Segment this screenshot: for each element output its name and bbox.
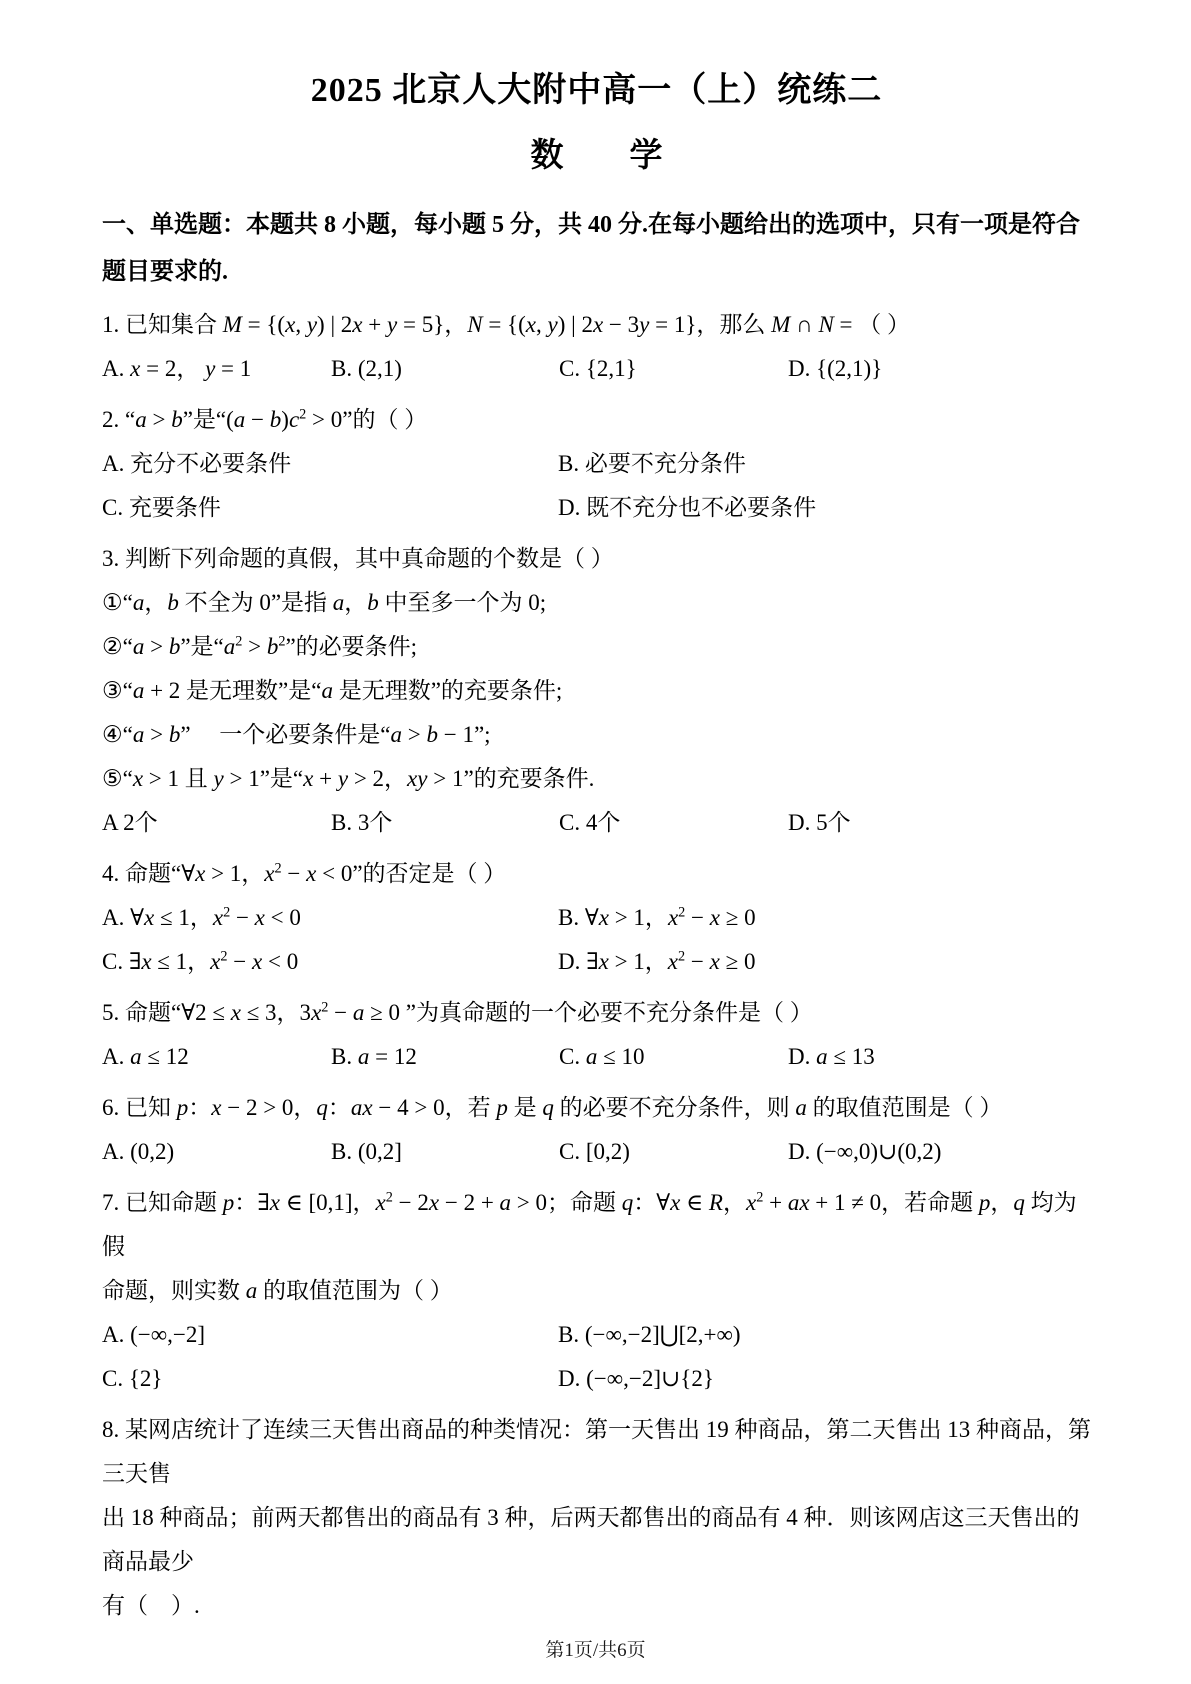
question-6-stem: 6. 已知 p：x − 2 > 0，q：ax − 4 > 0，若 p 是 q 的… <box>102 1086 1091 1130</box>
question-5-options: A. a ≤ 12 B. a = 12 C. a ≤ 10 D. a ≤ 13 <box>102 1035 1091 1079</box>
question-3-option-d: D. 5个 <box>788 801 1091 845</box>
question-2-options: A. 充分不必要条件 B. 必要不充分条件 C. 充要条件 D. 既不充分也不必… <box>102 442 1091 530</box>
question-7-option-d: D. (−∞,−2]∪{2} <box>558 1357 1091 1401</box>
question-3-option-c: C. 4个 <box>559 801 788 845</box>
question-7: 7. 已知命题 p：∃x ∈ [0,1]，x2 − 2x − 2 + a > 0… <box>102 1181 1091 1401</box>
question-7-option-b: B. (−∞,−2]⋃[2,+∞) <box>558 1313 1091 1357</box>
question-1-stem: 1. 已知集合 M = {(x, y) | 2x + y = 5}，N = {(… <box>102 303 1091 347</box>
question-5-option-b: B. a = 12 <box>331 1035 559 1079</box>
question-5-option-a: A. a ≤ 12 <box>102 1035 331 1079</box>
section-heading: 一、单选题：本题共 8 小题，每小题 5 分，共 40 分.在每小题给出的选项中… <box>102 202 1091 296</box>
question-2: 2. “a > b”是“(a − b)c2 > 0”的（ ） A. 充分不必要条… <box>102 398 1091 530</box>
question-1-option-b: B. (2,1) <box>331 347 559 391</box>
question-2-option-c: C. 充要条件 <box>102 486 558 530</box>
question-6-option-b: B. (0,2] <box>331 1130 559 1174</box>
question-3-item-5: ⑤“x > 1 且 y > 1”是“x + y > 2，xy > 1”的充要条件… <box>102 757 1091 801</box>
question-6-option-c: C. [0,2) <box>559 1130 788 1174</box>
section-heading-line-2: 题目要求的. <box>102 249 1091 296</box>
question-2-option-d: D. 既不充分也不必要条件 <box>558 486 1091 530</box>
question-5-stem: 5. 命题“∀2 ≤ x ≤ 3，3x2 − a ≥ 0 ”为真命题的一个必要不… <box>102 991 1091 1035</box>
question-2-option-a: A. 充分不必要条件 <box>102 442 558 486</box>
question-3: 3. 判断下列命题的真假，其中真命题的个数是（ ） ①“a，b 不全为 0”是指… <box>102 537 1091 845</box>
question-4-option-a: A. ∀x ≤ 1，x2 − x < 0 <box>102 896 558 940</box>
question-4-option-d: D. ∃x > 1，x2 − x ≥ 0 <box>558 940 1091 984</box>
question-3-option-a: A 2个 <box>102 801 331 845</box>
question-6-options: A. (0,2) B. (0,2] C. [0,2) D. (−∞,0)∪(0,… <box>102 1130 1091 1174</box>
question-4-options: A. ∀x ≤ 1，x2 − x < 0 B. ∀x > 1，x2 − x ≥ … <box>102 896 1091 984</box>
question-1-option-d: D. {(2,1)} <box>788 347 1091 391</box>
question-5-option-c: C. a ≤ 10 <box>559 1035 788 1079</box>
question-1-options: A. x = 2， y = 1 B. (2,1) C. {2,1} D. {(2… <box>102 347 1091 391</box>
question-7-options: A. (−∞,−2] B. (−∞,−2]⋃[2,+∞) C. {2} D. (… <box>102 1313 1091 1401</box>
question-5-option-d: D. a ≤ 13 <box>788 1035 1091 1079</box>
question-6: 6. 已知 p：x − 2 > 0，q：ax − 4 > 0，若 p 是 q 的… <box>102 1086 1091 1174</box>
question-1: 1. 已知集合 M = {(x, y) | 2x + y = 5}，N = {(… <box>102 303 1091 391</box>
question-1-option-a: A. x = 2， y = 1 <box>102 347 331 391</box>
question-4: 4. 命题“∀x > 1，x2 − x < 0”的否定是（ ） A. ∀x ≤ … <box>102 852 1091 984</box>
question-7-stem-line-2: 命题，则实数 a 的取值范围为（ ） <box>102 1269 1091 1313</box>
question-4-stem: 4. 命题“∀x > 1，x2 − x < 0”的否定是（ ） <box>102 852 1091 896</box>
question-3-stem: 3. 判断下列命题的真假，其中真命题的个数是（ ） <box>102 537 1091 581</box>
question-8-line-1: 8. 某网店统计了连续三天售出商品的种类情况：第一天售出 19 种商品，第二天售… <box>102 1408 1091 1496</box>
question-4-option-c: C. ∃x ≤ 1，x2 − x < 0 <box>102 940 558 984</box>
question-2-stem: 2. “a > b”是“(a − b)c2 > 0”的（ ） <box>102 398 1091 442</box>
question-8: 8. 某网店统计了连续三天售出商品的种类情况：第一天售出 19 种商品，第二天售… <box>102 1408 1091 1628</box>
question-3-item-4: ④“a > b” 一个必要条件是“a > b − 1”; <box>102 713 1091 757</box>
question-7-stem-line-1: 7. 已知命题 p：∃x ∈ [0,1]，x2 − 2x − 2 + a > 0… <box>102 1181 1091 1269</box>
question-6-option-d: D. (−∞,0)∪(0,2) <box>788 1130 1091 1174</box>
question-8-line-3: 有（ ）. <box>102 1584 1091 1628</box>
question-7-option-c: C. {2} <box>102 1357 558 1401</box>
exam-subject: 数 学 <box>102 129 1091 176</box>
page-number: 第1页/共6页 <box>0 1635 1191 1662</box>
question-7-option-a: A. (−∞,−2] <box>102 1313 558 1357</box>
question-4-option-b: B. ∀x > 1，x2 − x ≥ 0 <box>558 896 1091 940</box>
question-6-option-a: A. (0,2) <box>102 1130 331 1174</box>
section-heading-line-1: 一、单选题：本题共 8 小题，每小题 5 分，共 40 分.在每小题给出的选项中… <box>102 202 1091 249</box>
question-2-option-b: B. 必要不充分条件 <box>558 442 1091 486</box>
exam-page: { "page": { "title": "2025 北京人大附中高一（上）统练… <box>0 0 1191 1684</box>
question-3-item-3: ③“a + 2 是无理数”是“a 是无理数”的充要条件; <box>102 669 1091 713</box>
question-5: 5. 命题“∀2 ≤ x ≤ 3，3x2 − a ≥ 0 ”为真命题的一个必要不… <box>102 991 1091 1079</box>
question-3-option-b: B. 3个 <box>331 801 559 845</box>
question-8-line-2: 出 18 种商品；前两天都售出的商品有 3 种，后两天都售出的商品有 4 种．则… <box>102 1496 1091 1584</box>
question-3-item-1: ①“a，b 不全为 0”是指 a，b 中至多一个为 0; <box>102 581 1091 625</box>
question-3-options: A 2个 B. 3个 C. 4个 D. 5个 <box>102 801 1091 845</box>
exam-title: 2025 北京人大附中高一（上）统练二 <box>102 62 1091 111</box>
question-3-item-2: ②“a > b”是“a2 > b2”的必要条件; <box>102 625 1091 669</box>
question-1-option-c: C. {2,1} <box>559 347 788 391</box>
